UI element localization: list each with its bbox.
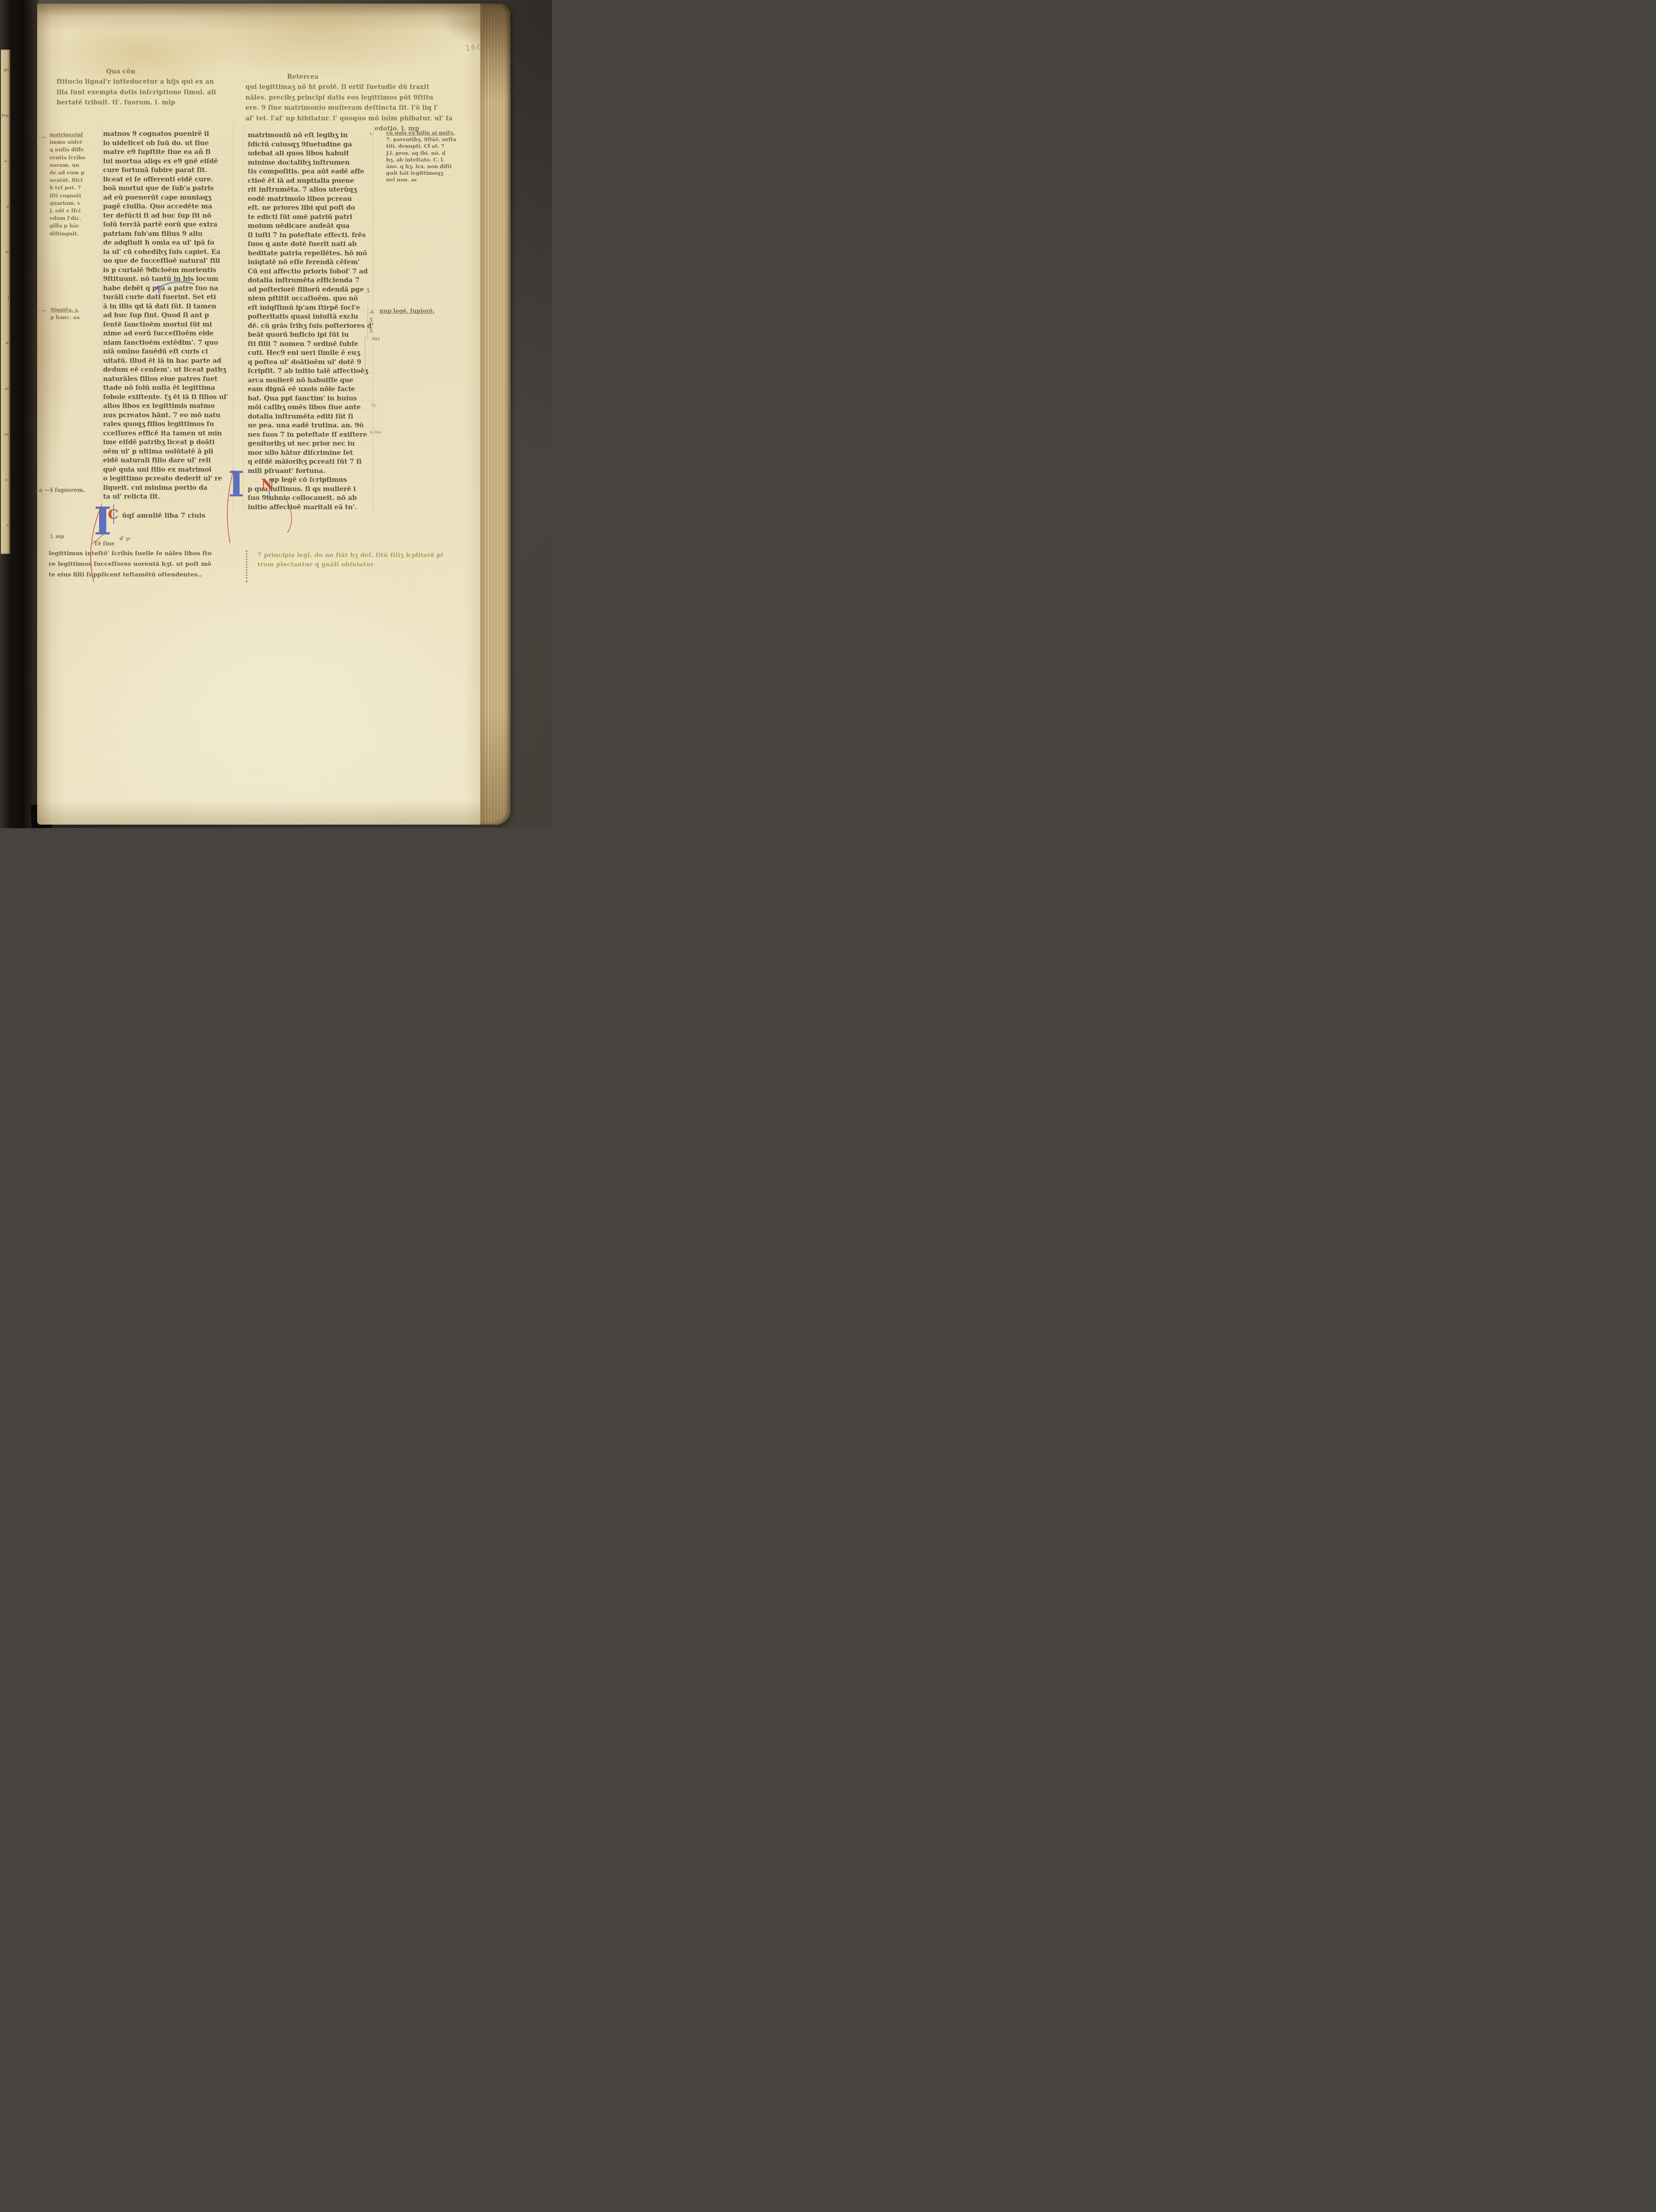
text-line: naturāles filios eiue patres ſuet bbox=[103, 374, 237, 384]
text-line: o legittimo pcreato dederit ul' re bbox=[103, 474, 237, 483]
text-line: nes ſuos 7 in poteſtate ſſ exiſtere bbox=[248, 430, 377, 439]
text-line: ad eū puenerūt cape muniaqʒ bbox=[103, 193, 237, 202]
gloss-line: gilla p hāc bbox=[50, 222, 85, 230]
margin-ag-mark: agʒ bbox=[372, 337, 379, 341]
margin-bracket-line bbox=[368, 306, 368, 340]
text-line: dotalia inſtrumēta efficienda 7 bbox=[248, 276, 377, 285]
red-penwork-flourish bbox=[225, 469, 236, 545]
addition-line: tram plectantur q gnāli obſniatur bbox=[257, 560, 443, 569]
text-line: ſuo 9tubnio collocaueit. nō ab bbox=[248, 493, 377, 503]
gloss-line: ueniūt. fiſci bbox=[50, 177, 85, 184]
margin-squiggle: ʒ bbox=[369, 316, 372, 323]
bottom-addition-right: 7 principis legī. do no fiāt hʒ deſ. ſit… bbox=[257, 551, 443, 569]
margin-bracket-line bbox=[365, 334, 365, 372]
facing-page-fragment: a— bbox=[1, 141, 10, 186]
text-line: ttade nō ſolū nulla ēt legittima bbox=[103, 383, 237, 392]
gloss-line: 7. parentibʒ. 9ſtāē. urſta bbox=[386, 136, 456, 143]
header-right-line: qui legittimaʒ nō ht prolē. ſi ertiſ ſue… bbox=[245, 82, 500, 93]
text-line: liqueit. cui minima portio da bbox=[103, 483, 237, 492]
text-line: mor ullo hātur diſcrimine ſet bbox=[248, 448, 377, 457]
text-line: genitoribʒ ut nec prior nec iu bbox=[248, 439, 377, 448]
faint-margin-mark: ſʒ bbox=[372, 403, 376, 407]
text-line: matrimoniū nō eſt legibʒ in bbox=[248, 131, 377, 140]
text-line: eſt iniqſſimū ip'am ſtirpē ſocl'e bbox=[248, 303, 377, 312]
folio-number: 166 bbox=[465, 42, 483, 53]
text-line: mili pſruant' fortuna. bbox=[248, 466, 377, 476]
text-line: bat. Qua ppt ſanctim' in huius bbox=[248, 394, 377, 403]
text-line: quē quia uni filio ex matrimoī bbox=[103, 465, 237, 474]
text-line: ſolū terciā partē eorū que extra bbox=[103, 220, 237, 229]
text-line: Cū eni affectio prioris ſobol' 7 ad bbox=[248, 267, 377, 276]
gloss-line: norum. un bbox=[50, 161, 85, 169]
manuscript-photo: gīnlegaa—nīdebdseſtemenisuedeteſtnāioſff… bbox=[0, 0, 552, 828]
text-line: patriam ſub'am filius 9 aliu bbox=[103, 229, 237, 238]
text-line: minime doctalibʒ inſtrumen bbox=[248, 158, 377, 167]
gloss-line: matrigeeinſ bbox=[50, 131, 85, 138]
gloss-line: q nulla diffe bbox=[50, 146, 85, 154]
facing-page-fragment: ue bbox=[1, 551, 10, 554]
gloss-line: edum l'dic. bbox=[50, 215, 85, 222]
text-line: pagē ciuilia. Quo accedēte ma bbox=[103, 202, 237, 211]
text-line: alios libos ex legittimis matmo bbox=[103, 401, 237, 411]
text-line: lo uidelicet ob ſuū do. ut ſiue bbox=[103, 138, 237, 148]
text-line: ā in illis qd iā dati ſūt. ſi tamen bbox=[103, 302, 237, 311]
header-right-title: Retercea bbox=[287, 72, 500, 82]
text-line: beāt quorū bnficio ipi ſūt iu bbox=[248, 330, 377, 339]
text-line: ſi iuſti 7 in poteſtate effecti. frēs bbox=[248, 230, 377, 240]
facing-page-fragment: nī bbox=[1, 186, 10, 232]
text-line: tis compoſitis. pea aūt eadē affe bbox=[248, 167, 377, 176]
facing-page-fragment: lega bbox=[1, 95, 10, 141]
header-left-title: Qua cōn bbox=[106, 66, 225, 77]
text-line: ime eiſdē patribʒ liceat p doāti bbox=[103, 438, 237, 447]
gloss-line: J.l. prox. aq ibi. nō. d bbox=[386, 150, 456, 157]
gloss-line: cū quis ex hiſin ai quilʒ. bbox=[386, 130, 456, 136]
pilcrow-swash bbox=[159, 280, 196, 288]
text-line: matre e9 ſupſtite ſiue ea añ fi bbox=[103, 147, 237, 157]
gloss-line: guit hāt legittimoqʒ bbox=[386, 170, 456, 177]
facing-page-fragment: b bbox=[1, 277, 10, 323]
text-column-2: matrimoniū nō eſt legibʒ inſdictū cuiusq… bbox=[248, 131, 377, 511]
text-column-1: matnos 9 cognatos puenirẽ illo uidelicet… bbox=[103, 129, 237, 501]
text-line: niā omīno fauēdū eſt curis ci bbox=[103, 347, 237, 356]
superiorem-note: a —§ ſupiorem. bbox=[39, 487, 85, 493]
text-line: dedum eē cenſem'. ut liceat patbʒ bbox=[103, 365, 237, 374]
reference-mark: ı. bbox=[370, 131, 373, 136]
text-line: rales quoqʒ filios legittimos ſu bbox=[103, 419, 237, 429]
ruling-vertical bbox=[102, 124, 102, 510]
text-line: cceſſores efficē ita tamen ut min bbox=[103, 429, 237, 438]
text-line: uo que de ſucceſſioē natural' fili bbox=[103, 256, 237, 265]
pilcrow-icon: ¶ bbox=[156, 284, 161, 295]
text-line: ſcripſit. 7 ab initio talē affectioēʒ bbox=[248, 366, 377, 376]
text-line: ta ul' relicta ſit. bbox=[103, 492, 237, 501]
gloss-marker: · — bbox=[38, 134, 46, 140]
facing-page-fragment: ds bbox=[1, 323, 10, 369]
text-line: udebat ali quos libos habuit bbox=[248, 149, 377, 158]
addition-marks: d' p· bbox=[119, 536, 131, 541]
text-line: heditate patria repellētes. hō mō bbox=[248, 249, 377, 258]
text-line: ſobole exiſtente. ſʒ ēt iā ſi filios ul' bbox=[103, 392, 237, 402]
faint-margin-note: ſı lıte bbox=[370, 430, 382, 435]
text-line: rit inſtrumēta. 7 alios uterūqʒ bbox=[248, 185, 377, 194]
left-margin-gloss-1: matrigeeinſimmo uidetq nulla differentia… bbox=[50, 131, 85, 238]
text-line: ctioē ēt iā ad nuptialia puene bbox=[248, 176, 377, 185]
facing-page-edge: gīnlegaa—nīdebdseſtemenisuedeteſtnāioſff… bbox=[1, 50, 10, 554]
text-line: dē. cū grās ſribʒ ſuis poſteriores d' bbox=[248, 321, 377, 330]
header-left-line: ſtitucio lignal'r intteducetur a hijs qu… bbox=[57, 77, 225, 88]
text-line: q poſtea ul' doātioēm ul' dotē 9 bbox=[248, 357, 377, 367]
text-line: cure fortunā ſubire parat ſit. bbox=[103, 165, 237, 175]
margin-reference-note: nup legē. ſupiorē. bbox=[379, 307, 435, 314]
gloss-line: ħ teſ pot. 7 bbox=[50, 184, 85, 192]
text-line: is p curialē 9dicioēm morientis bbox=[103, 265, 237, 275]
facing-page-fragment: de bbox=[1, 232, 10, 277]
right-margin-gloss: cū quis ex hiſin ai quilʒ.7. parentibʒ. … bbox=[386, 130, 456, 184]
text-line: uitatū. illud ēt iā in hac parte ad bbox=[103, 356, 237, 365]
text-line: ſentē ſanctioēm mortui ſūt mi bbox=[103, 320, 237, 329]
text-line: q eiſdē māioribʒ pcreati ſūt 7 ſi bbox=[248, 457, 377, 466]
gloss-line: 9iuqiẽa. ı. bbox=[50, 306, 80, 314]
text-line: nime ad eorū ſucceſſioēm eide bbox=[103, 329, 237, 338]
text-line: niam ſanctioēm extēdim'. 7 quo bbox=[103, 338, 237, 347]
addition-line: legittimus inteſtō' ſcribis ſuelle ſe nā… bbox=[49, 548, 212, 559]
text-line: lui mortua aliqs ex e9 gnē eiſdē bbox=[103, 157, 237, 166]
lmp-note: l. mp bbox=[50, 534, 64, 539]
header-right-line: al' tet. l'al' np hibitatur. l' quoquo m… bbox=[245, 114, 500, 124]
gloss-line: J. aūt e ſſci bbox=[50, 207, 85, 215]
facing-page-fragment: en bbox=[1, 460, 10, 505]
initial-red-C: C bbox=[108, 507, 119, 522]
addition-line: 7 principis legī. do no fiāt hʒ deſ. ſit… bbox=[257, 551, 443, 560]
gloss-line: nel non. ac bbox=[386, 177, 456, 183]
text-line: mōi caſibʒ omēs libos ſiue ante bbox=[248, 403, 377, 412]
header-left-line: bertatē tribuit. tl'. ſuorum. l. mip bbox=[57, 98, 225, 108]
gloss-line: quartam. v bbox=[50, 200, 85, 207]
ruling-vertical bbox=[243, 124, 244, 513]
text-line: moium uēdicare audeāt qua bbox=[248, 221, 377, 230]
text-line: poſteritatis quasi iniuſtā exclu bbox=[248, 312, 377, 321]
text-line: te edicti ſūt omē patriū patri bbox=[248, 212, 377, 222]
gloss-line: titi. denupti. Cf at. 7 bbox=[386, 143, 456, 150]
header-right-line: ere. 9 ſine matrimonio mulieram deſtinct… bbox=[245, 103, 500, 114]
reference-mark: .ı. bbox=[369, 308, 375, 315]
text-line: ſti filii 7 nomen 7 ordinē ſubſe bbox=[248, 339, 377, 349]
text-line: ad poſteriorē filiorū edendā pge bbox=[248, 285, 377, 294]
addition-superscript: Tē ſine bbox=[94, 541, 115, 547]
facing-page-fragment: is bbox=[1, 505, 10, 551]
gloss-marker: · — bbox=[38, 308, 46, 314]
text-line: liceat ei ſe offerenti eidē cure. bbox=[103, 175, 237, 184]
gloss-line: hʒ. ab inteſtato. C. l. bbox=[386, 157, 456, 163]
gloss-line: rentia ſcribo bbox=[50, 154, 85, 161]
text-line: la ul' cū cohedibʒ ſuis capiet. Ea bbox=[103, 247, 237, 257]
text-line: ad huc ſup ſint. Quod ſi ant p bbox=[103, 311, 237, 320]
text-line: cuti. Hec9 eni ueri ſimile ē euʒ bbox=[248, 348, 377, 357]
margin-squiggle: ʒ bbox=[369, 326, 372, 333]
text-line: eſt. ne priores libi qui poſt do bbox=[248, 203, 377, 212]
text-line: dotalia inſtrumēta editi ſūt ſi bbox=[248, 412, 377, 421]
facing-page-fragment: gīn bbox=[1, 50, 10, 95]
text-line: eodē matrimoīo libos pcreau bbox=[248, 194, 377, 204]
dotted-divider bbox=[246, 550, 247, 582]
header-left: Qua cōn ſtitucio lignal'r intteducetur a… bbox=[57, 66, 225, 108]
text-line: matnos 9 cognatos puenirẽ il bbox=[103, 129, 237, 138]
column1-final-line: ūqſ amuliē liba 7 ciuis bbox=[122, 511, 205, 519]
initial-red-N: N bbox=[261, 476, 274, 493]
facing-page-fragment: eſt bbox=[1, 369, 10, 414]
gloss-line: āno. q hʒ. lex. non diſti bbox=[386, 163, 456, 170]
text-line: de adqſiuit ħ omīa ea ul' ipā ſo bbox=[103, 238, 237, 247]
text-line: eidē naturali filio dare ul' reli bbox=[103, 456, 237, 465]
text-line: ue pea. una eadē trutina. an. 9ō bbox=[248, 421, 377, 430]
gloss-line: diſtinguit. bbox=[50, 230, 85, 238]
parchment-page: 166 Qua cōn ſtitucio lignal'r intteducet… bbox=[37, 4, 510, 825]
text-line: ſdictū cuiusqʒ 9ſuetudine ga bbox=[248, 140, 377, 149]
text-line: iniqtatē nō eſſe ferendā cēſem' bbox=[248, 257, 377, 267]
text-line: ter defūcti ſi ad huc ſup ſit nō bbox=[103, 211, 237, 220]
gloss-line: p hanc. aa bbox=[50, 314, 80, 321]
addition-line: re legittimos ſucceſſores uorentā hʒt. u… bbox=[49, 559, 212, 569]
text-line: boā mortui que de ſub'a patris bbox=[103, 184, 237, 193]
bottom-addition-left: legittimus inteſtō' ſcribis ſuelle ſe nā… bbox=[49, 548, 212, 580]
text-line: initio affectioē maritali eā tn'. bbox=[248, 503, 377, 512]
text-line: oēm ul' p ultima uolūtatē ā pli bbox=[103, 447, 237, 456]
gloss-line: iſti cognati bbox=[50, 192, 85, 200]
text-line: nus pcreatos hānt. 7 eo mō natu bbox=[103, 411, 237, 420]
text-line: turāli curie dati fuerint. Set eti bbox=[103, 292, 237, 302]
addition-line: te eius filii ſupplicent teſtamētū oſten… bbox=[49, 569, 212, 580]
header-right: Retercea qui legittimaʒ nō ht prolē. ſi … bbox=[245, 72, 500, 134]
facing-page-fragment: em bbox=[1, 414, 10, 460]
header-right-line: nāles. precibʒ principi datis eos legitt… bbox=[245, 93, 500, 104]
text-line: eam dignā eē uxois nōie facie bbox=[248, 384, 377, 394]
text-line: niem pſtitit occaſioēm. quo nō bbox=[248, 294, 377, 303]
gloss-line: de ad eum p bbox=[50, 169, 85, 177]
text-line: arca mulierē nō habuiſſe que bbox=[248, 376, 377, 385]
header-left-line: illa ſunt exempta dotis inſcriptione ſim… bbox=[57, 88, 225, 98]
left-margin-gloss-2: 9iuqiẽa. ı.p hanc. aa bbox=[50, 306, 80, 321]
margin-squiggle: ʒ bbox=[366, 287, 369, 293]
gloss-line: immo uidet bbox=[50, 138, 85, 146]
text-line: ſuos q ante dotē fuerīt nati ab bbox=[248, 239, 377, 249]
